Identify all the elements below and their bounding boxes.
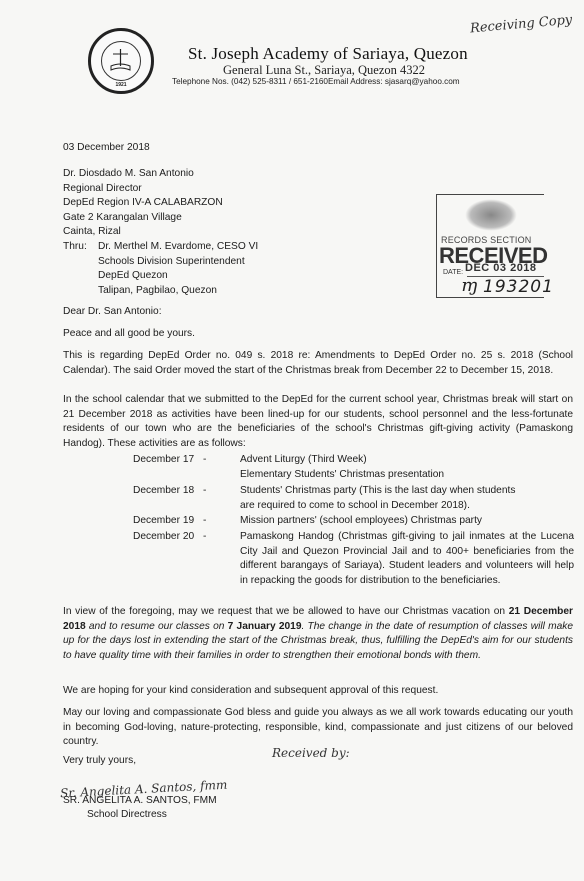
activity-row: December 20 - Pamaskong Handog (Christma… [133,530,574,588]
thru-block: Dr. Merthel M. Evardome, CESO VI Schools… [98,240,258,298]
thru-address: Talipan, Pagbilao, Quezon [98,284,258,299]
activity-description: Students' Christmas party (This is the l… [240,484,584,513]
activity-description: Advent Liturgy (Third Week) Elementary S… [240,453,584,482]
book-cross-icon [102,42,139,79]
paragraph-1: This is regarding DepEd Order no. 049 s.… [63,349,573,378]
recipient-block: Dr. Diosdado M. San Antonio Regional Dir… [63,167,223,240]
school-name: St. Joseph Academy of Sariaya, Quezon [188,44,468,64]
school-seal-icon: St. Joseph Academy of Sariaya, Quezon 19… [88,28,154,94]
recipient-name: Dr. Diosdado M. San Antonio [63,167,223,182]
activity-date: December 20 [133,530,203,588]
paragraph-3-text: In view of the foregoing, may we request… [63,606,509,617]
recipient-title: Regional Director [63,182,223,197]
receiving-copy-annotation: Receiving Copy [470,13,573,37]
paragraph-3: In view of the foregoing, may we request… [63,605,573,663]
activity-line: are required to come to school in Decemb… [240,499,584,514]
received-by-annotation: Received by: [272,746,350,760]
paragraph-2: In the school calendar that we submitted… [63,393,573,451]
stamp-number: 193201 [483,277,554,297]
signatory-title: School Directress [87,808,167,823]
activity-row: December 18 - Students' Christmas party … [133,484,584,513]
thru-name: Dr. Merthel M. Evardome, CESO VI [98,240,258,255]
activity-row: December 19 - Mission partners' (school … [133,514,584,529]
paragraph-3-text: and to resume our classes on [86,621,228,632]
activity-dash: - [203,530,240,588]
paragraph-5: May our loving and compassionate God ble… [63,706,573,750]
activity-line: Pamaskong Handog (Christmas gift-giving … [240,530,574,588]
activity-line: Students' Christmas party (This is the l… [240,484,584,499]
stamp-date: DEC 03 2018 [465,262,537,274]
thru-office: DepEd Quezon [98,269,258,284]
activity-row: December 17 - Advent Liturgy (Third Week… [133,453,584,482]
recipient-address-2: Cainta, Rizal [63,225,223,240]
stamp-logo-icon [465,199,517,231]
recipient-office: DepEd Region IV-A CALABARZON [63,196,223,211]
activity-description: Pamaskong Handog (Christmas gift-giving … [240,530,574,588]
received-stamp: RECORDS SECTION RECEIVED DATE: DEC 03 20… [436,194,544,298]
letter-date: 03 December 2018 [63,141,150,156]
paragraph-4: We are hoping for your kind consideratio… [63,684,438,699]
activity-line: Elementary Students' Christmas presentat… [240,468,584,483]
seal-emblem [101,41,141,81]
salutation: Dear Dr. San Antonio: [63,305,162,320]
closing: Very truly yours, [63,754,136,769]
thru-title: Schools Division Superintendent [98,255,258,270]
thru-label: Thru: [63,240,87,255]
letter-page: Receiving Copy St. Joseph Academy of Sar… [0,0,584,881]
activity-line: Advent Liturgy (Third Week) [240,453,584,468]
activity-date: December 17 [133,453,203,482]
signatory-name: SR. ANGELITA A. SANTOS, FMM [63,794,217,809]
seal-year: 1921 [91,82,151,88]
activity-dash: - [203,484,240,513]
school-address: General Luna St., Sariaya, Quezon 4322 [223,63,425,78]
school-contact: Telephone Nos. (042) 525-8311 / 651-2160… [172,77,460,86]
activity-date: December 19 [133,514,203,529]
recipient-address-1: Gate 2 Karangalan Village [63,211,223,226]
activity-dash: - [203,453,240,482]
activity-date: December 18 [133,484,203,513]
stamp-initial-icon: ɱ [461,275,478,296]
activity-description: Mission partners' (school employees) Chr… [240,514,584,529]
resume-date: 7 January 2019 [228,621,302,632]
activity-line: Mission partners' (school employees) Chr… [240,514,584,529]
greeting: Peace and all good be yours. [63,327,195,342]
activity-dash: - [203,514,240,529]
